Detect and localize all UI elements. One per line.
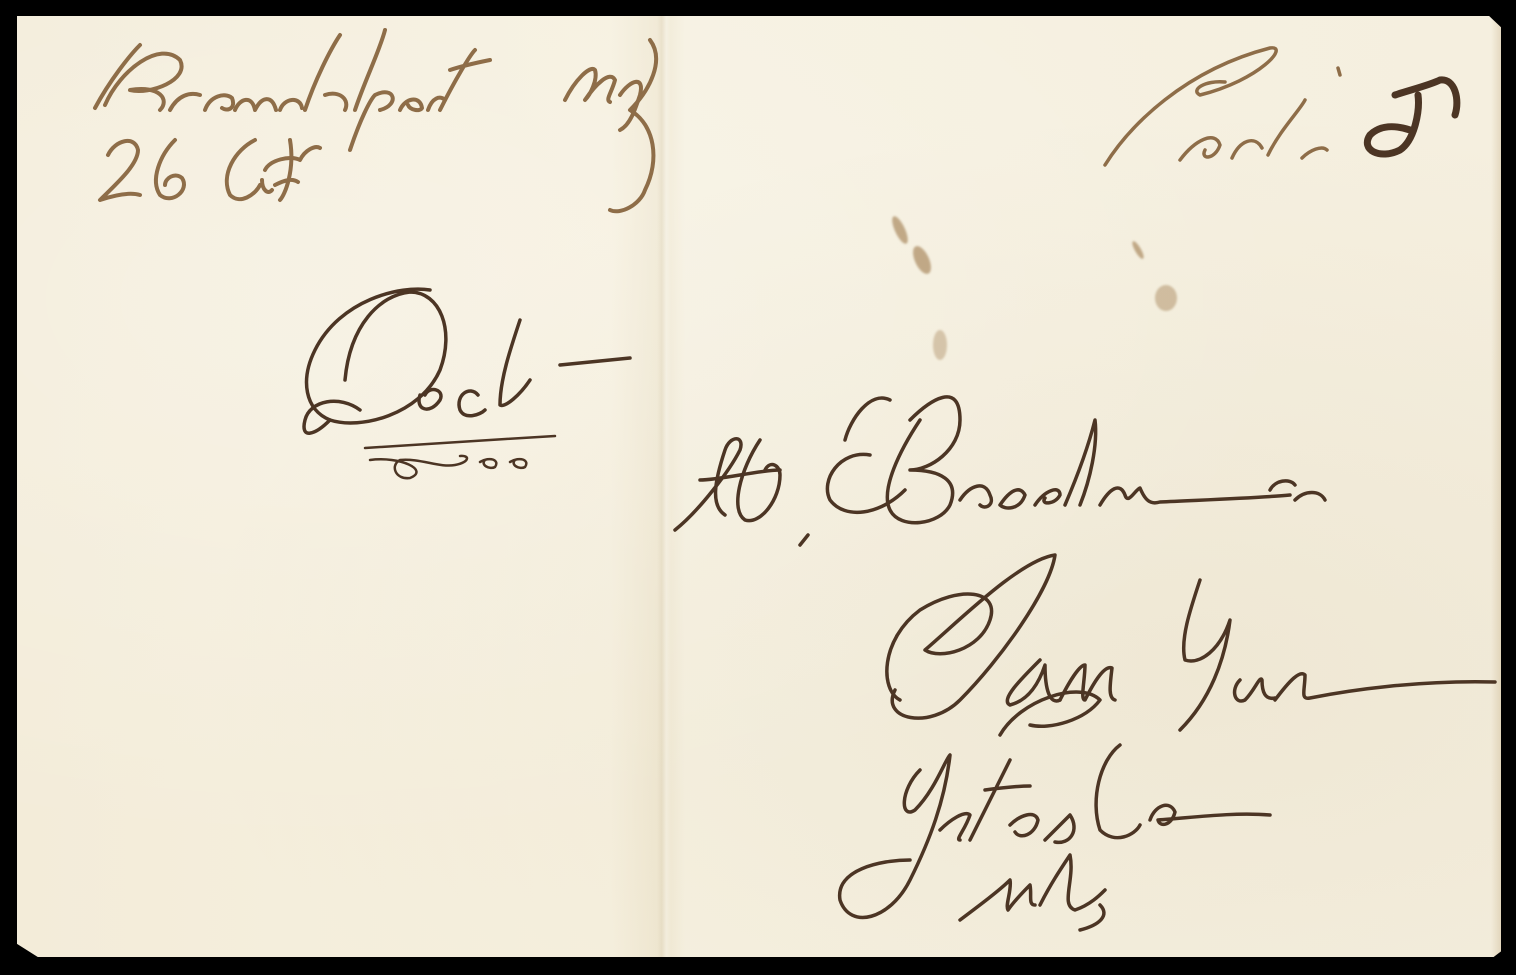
address-town-script bbox=[887, 555, 1495, 730]
address-county-script bbox=[840, 692, 1270, 917]
address-state-script bbox=[960, 855, 1105, 930]
address-name-script bbox=[675, 397, 1325, 545]
postmark-date-script bbox=[100, 140, 320, 200]
rate-numeral-script bbox=[1367, 80, 1457, 154]
docket-script bbox=[304, 289, 630, 478]
postmark-town-script bbox=[95, 30, 656, 211]
rate-script bbox=[1105, 48, 1340, 165]
handwriting-layer bbox=[0, 0, 1516, 975]
